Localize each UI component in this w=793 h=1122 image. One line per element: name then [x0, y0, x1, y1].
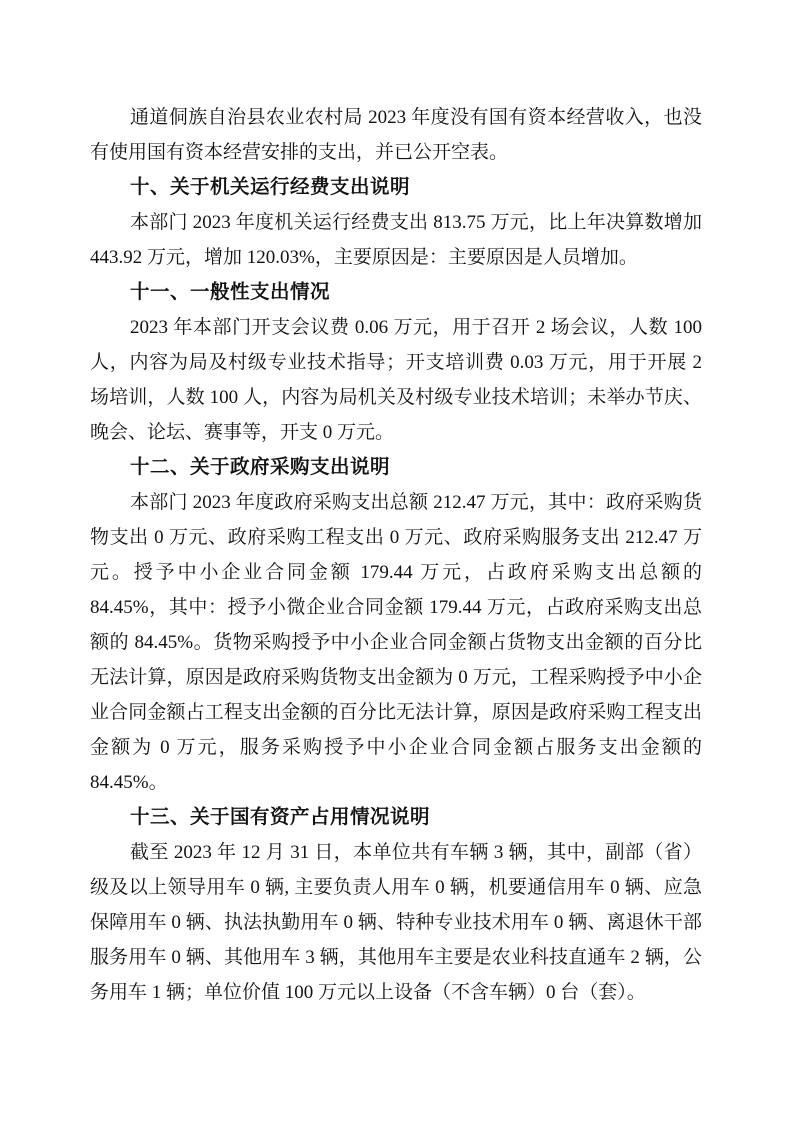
- heading-line: 十一、一般性支出情况: [90, 275, 702, 310]
- paragraph-line: 443.92 万元，增加 120.03%，主要原因是：主要原因是人员增加。: [90, 240, 702, 275]
- paragraph-line: 2023 年本部门开支会议费 0.06 万元，用于召开 2 场会议，人数 100: [90, 310, 702, 345]
- paragraph-line: 84.45%，其中：授予小微企业合同金额 179.44 万元，占政府采购支出总: [90, 590, 702, 625]
- heading-line: 十三、关于国有资产占用情况说明: [90, 800, 702, 835]
- paragraph-line: 本部门 2023 年度政府采购支出总额 212.47 万元，其中：政府采购货: [90, 485, 702, 520]
- paragraph-line: 截至 2023 年 12 月 31 日，本单位共有车辆 3 辆，其中，副部（省）: [90, 835, 702, 870]
- heading-section-10: 十、关于机关运行经费支出说明: [90, 170, 702, 205]
- heading-line: 十、关于机关运行经费支出说明: [90, 170, 702, 205]
- document-page: 通道侗族自治县农业农村局 2023 年度没有国有资本经营收入，也没有使用国有资本…: [0, 0, 793, 1122]
- paragraph-procurement: 本部门 2023 年度政府采购支出总额 212.47 万元，其中：政府采购货物支…: [90, 485, 702, 800]
- paragraph-line: 级及以上领导用车 0 辆, 主要负责人用车 0 辆，机要通信用车 0 辆、应急: [90, 870, 702, 905]
- paragraph-state-capital: 通道侗族自治县农业农村局 2023 年度没有国有资本经营收入，也没有使用国有资本…: [90, 100, 702, 170]
- paragraph-line: 物支出 0 万元、政府采购工程支出 0 万元、政府采购服务支出 212.47 万: [90, 520, 702, 555]
- paragraph-line: 场培训，人数 100 人，内容为局机关及村级专业技术培训；未举办节庆、: [90, 380, 702, 415]
- paragraph-line: 人，内容为局及村级专业技术指导；开支培训费 0.03 万元，用于开展 2: [90, 345, 702, 380]
- paragraph-line: 元。授予中小企业合同金额 179.44 万元，占政府采购支出总额的: [90, 555, 702, 590]
- paragraph-line: 服务用车 0 辆、其他用车 3 辆，其他用车主要是农业科技直通车 2 辆，公: [90, 940, 702, 975]
- paragraph-line: 本部门 2023 年度机关运行经费支出 813.75 万元，比上年决算数增加: [90, 205, 702, 240]
- paragraph-state-assets: 截至 2023 年 12 月 31 日，本单位共有车辆 3 辆，其中，副部（省）…: [90, 835, 702, 1010]
- paragraph-line: 有使用国有资本经营安排的支出，并已公开空表。: [90, 135, 702, 170]
- paragraph-line: 晚会、论坛、赛事等，开支 0 万元。: [90, 415, 702, 450]
- paragraph-line: 额的 84.45%。货物采购授予中小企业合同金额占货物支出金额的百分比: [90, 625, 702, 660]
- document-body: 通道侗族自治县农业农村局 2023 年度没有国有资本经营收入，也没有使用国有资本…: [90, 100, 702, 1010]
- paragraph-operating-expense: 本部门 2023 年度机关运行经费支出 813.75 万元，比上年决算数增加44…: [90, 205, 702, 275]
- paragraph-line: 通道侗族自治县农业农村局 2023 年度没有国有资本经营收入，也没: [90, 100, 702, 135]
- paragraph-line: 金额为 0 万元，服务采购授予中小企业合同金额占服务支出金额的: [90, 730, 702, 765]
- heading-section-13: 十三、关于国有资产占用情况说明: [90, 800, 702, 835]
- paragraph-line: 84.45%。: [90, 765, 702, 800]
- paragraph-line: 务用车 1 辆；单位价值 100 万元以上设备（不含车辆）0 台（套）。: [90, 975, 702, 1010]
- paragraph-line: 保障用车 0 辆、执法执勤用车 0 辆、特种专业技术用车 0 辆、离退休干部: [90, 905, 702, 940]
- paragraph-line: 无法计算，原因是政府采购货物支出金额为 0 万元，工程采购授予中小企: [90, 660, 702, 695]
- heading-line: 十二、关于政府采购支出说明: [90, 450, 702, 485]
- paragraph-general-expense: 2023 年本部门开支会议费 0.06 万元，用于召开 2 场会议，人数 100…: [90, 310, 702, 450]
- heading-section-11: 十一、一般性支出情况: [90, 275, 702, 310]
- paragraph-line: 业合同金额占工程支出金额的百分比无法计算，原因是政府采购工程支出: [90, 695, 702, 730]
- heading-section-12: 十二、关于政府采购支出说明: [90, 450, 702, 485]
